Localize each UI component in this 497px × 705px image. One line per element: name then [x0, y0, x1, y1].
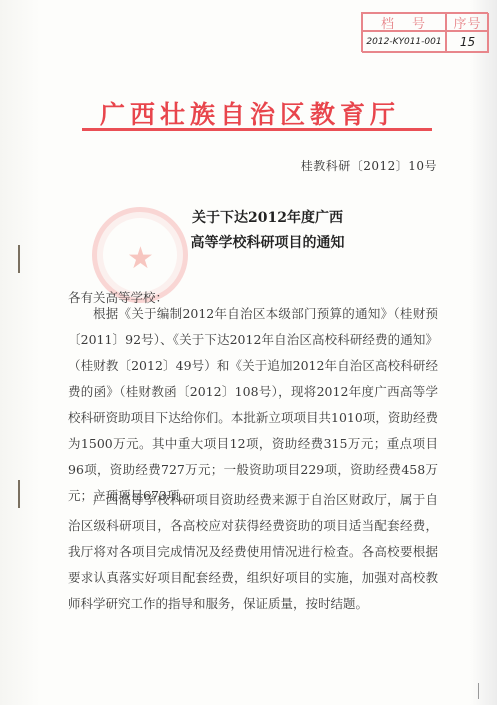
serial-number-value: 15 [446, 31, 489, 53]
archive-stamp-table: 档号 序号 2012-KY011-001 15 [361, 12, 488, 52]
staple-mark [18, 480, 20, 508]
body-paragraph-1: 根据《关于编制2012年自治区本级部门预算的通知》（桂财预〔2011〕92号）、… [68, 301, 438, 509]
archive-number-value: 2012-KY011-001 [362, 31, 446, 53]
document-number: 桂教科研〔2012〕10号 [301, 157, 437, 174]
serial-number-header: 序号 [446, 13, 489, 31]
edge-mark [478, 683, 479, 699]
issuing-organization-title: 广西壮族自治区教育厅 [100, 95, 400, 131]
document-title-line-1: 关于下达2012年度广西 [0, 207, 497, 227]
staple-mark [18, 245, 20, 273]
red-header-rule [82, 128, 432, 131]
scanned-document-page: 档号 序号 2012-KY011-001 15 广西壮族自治区教育厅 桂教科研〔… [0, 0, 497, 705]
body-paragraph-2: 广西高等学校科研项目资助经费来源于自治区财政厅，属于自治区级科研项目，各高校应对… [68, 487, 438, 617]
document-title-line-2: 高等学校科研项目的通知 [0, 232, 497, 252]
archive-number-header: 档号 [362, 13, 446, 31]
